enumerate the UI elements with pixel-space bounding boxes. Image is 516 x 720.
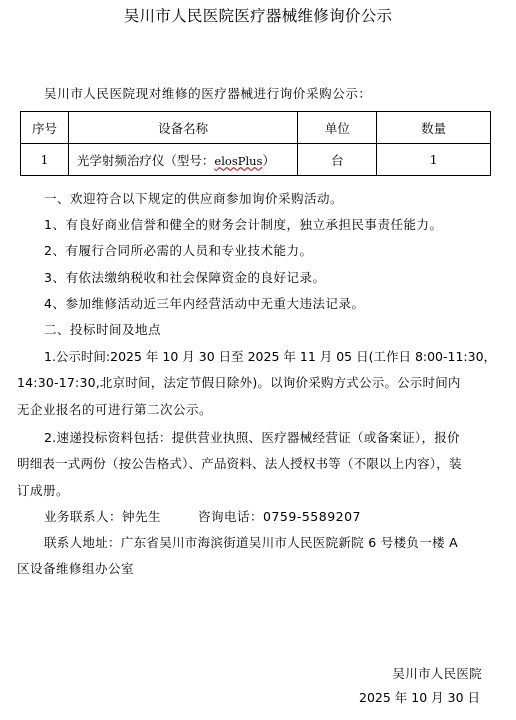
submission-materials-line: 明细表一式两份（按公告格式）、产品资料、法人授权书等（不限以上内容），装 xyxy=(17,454,462,472)
cell-quantity: 1 xyxy=(377,144,491,176)
contact-line: 业务联系人：钟先生 xyxy=(44,507,161,525)
equipment-name-suffix: ） xyxy=(262,153,275,168)
header-equipment-name: 设备名称 xyxy=(68,112,298,144)
submission-materials-line: 2.速递投标资料包括：提供营业执照、医疗器械经营证（或备案证），报价 xyxy=(44,428,460,446)
signature-date: 2025 年 10 月 30 日 xyxy=(359,688,480,706)
section1-heading: 一、欢迎符合以下规定的供应商参加询价采购活动。 xyxy=(44,189,343,207)
cell-equipment-name: 光学射频治疗仪（型号：elosPlus） xyxy=(68,144,298,176)
table-header-row: 序号 设备名称 单位 数量 xyxy=(21,112,491,144)
section2-heading: 二、投标时间及地点 xyxy=(44,320,161,338)
phone-line: 咨询电话：0759-5589207 xyxy=(198,507,361,525)
header-quantity: 数量 xyxy=(377,112,491,144)
table-row: 1 光学射频治疗仪（型号：elosPlus） 台 1 xyxy=(21,144,491,176)
notice-period-line: 无企业报名的可进行第二次公示。 xyxy=(17,400,212,418)
requirement-item: 1、有良好商业信誉和健全的财务会计制度，独立承担民事责任能力。 xyxy=(44,215,442,233)
notice-period-line: 1.公示时间:2025 年 10 月 30 日至 2025 年 11 月 05 … xyxy=(44,347,496,365)
signature-org: 吴川市人民医院 xyxy=(392,664,482,682)
requirement-item: 3、有依法缴纳税收和社会保障资金的良好记录。 xyxy=(44,268,325,286)
contact-person-label: 业务联系人： xyxy=(44,509,122,524)
intro-text: 吴川市人民医院现对维修的医疗器械进行询价采购公示： xyxy=(44,84,372,102)
submission-materials-line: 订成册。 xyxy=(17,481,69,499)
phone-number: 0759-5589207 xyxy=(263,509,361,524)
header-unit: 单位 xyxy=(298,112,377,144)
equipment-name-prefix: 光学射频治疗仪（型号： xyxy=(77,153,215,168)
equipment-table: 序号 设备名称 单位 数量 1 光学射频治疗仪（型号：elosPlus） 台 1 xyxy=(20,111,491,176)
notice-period-line: 14:30-17:30,北京时间，法定节假日除外)。以询价采购方式公示。公示时间… xyxy=(17,373,461,391)
cell-index: 1 xyxy=(21,144,69,176)
address-line: 联系人地址：广东省吴川市海滨街道吴川市人民医院新院 6 号楼负一楼 A xyxy=(44,533,458,551)
cell-unit: 台 xyxy=(298,144,377,176)
requirement-item: 2、有履行合同所必需的人员和专业技术能力。 xyxy=(44,241,312,259)
document-title: 吴川市人民医院医疗器械维修询价公示 xyxy=(0,4,516,26)
requirement-item: 4、参加维修活动近三年内经营活动中无重大违法记录。 xyxy=(44,294,364,312)
address-line: 区设备维修组办公室 xyxy=(17,559,134,577)
phone-label: 咨询电话： xyxy=(198,509,263,524)
header-index: 序号 xyxy=(21,112,69,144)
model-name-spellcheck: elosPlus xyxy=(214,154,262,168)
contact-person: 钟先生 xyxy=(122,509,161,524)
